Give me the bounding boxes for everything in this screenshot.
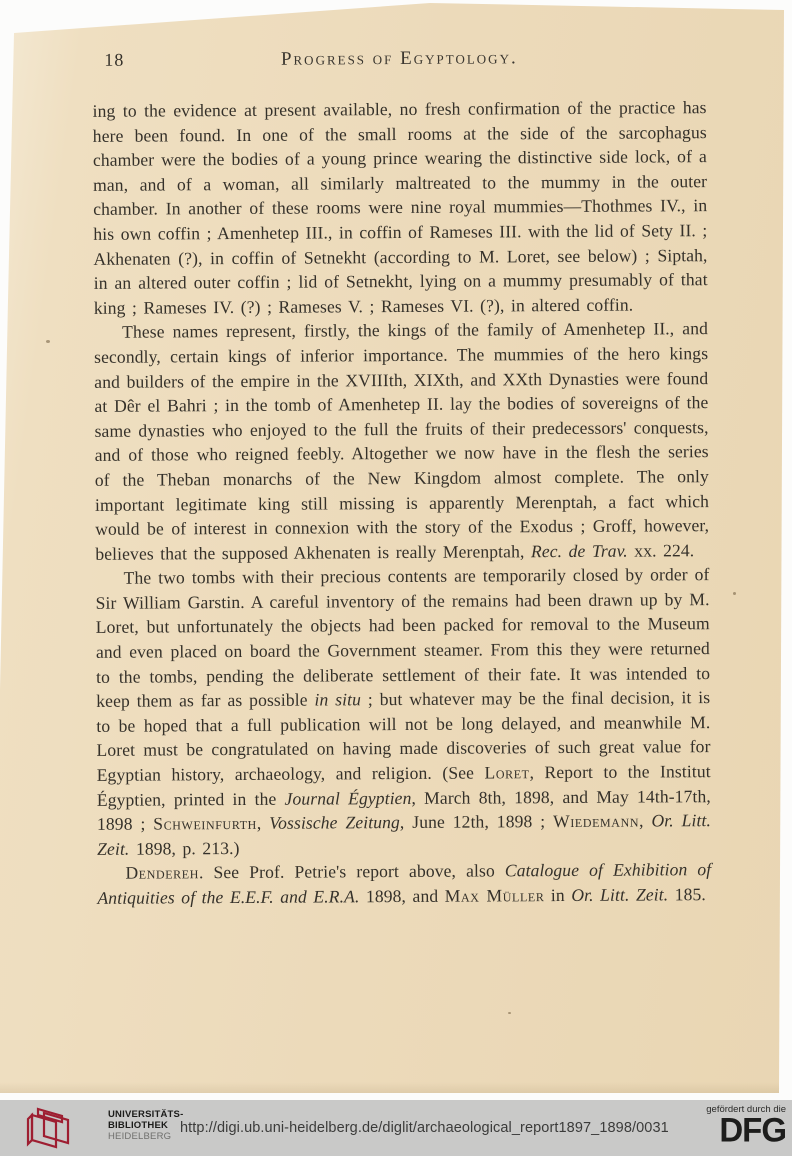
ub-heidelberg-logo-icon bbox=[18, 1105, 96, 1151]
paper-speck bbox=[46, 340, 50, 343]
paper-speck bbox=[733, 592, 736, 595]
paragraph: ing to the evidence at present available… bbox=[93, 95, 708, 320]
paper-speck bbox=[508, 1012, 511, 1014]
paragraph: These names represent, firstly, the king… bbox=[94, 316, 709, 566]
ub-line-2: BIBLIOTHEK bbox=[108, 1120, 183, 1131]
running-title: Progress of Egyptology. bbox=[92, 46, 706, 72]
ub-heidelberg-wordmark: UNIVERSITÄTS- BIBLIOTHEK HEIDELBERG bbox=[108, 1109, 183, 1142]
dfg-logo: DFG bbox=[706, 1114, 786, 1146]
dfg-funding-block: gefördert durch die DFG bbox=[706, 1104, 786, 1145]
ub-line-3: HEIDELBERG bbox=[108, 1131, 183, 1142]
page-text-block: 18 Progress of Egyptology. ing to the ev… bbox=[0, 0, 789, 2]
body-paragraphs: ing to the evidence at present available… bbox=[93, 95, 712, 910]
paragraph: Dendereh. See Prof. Petrie's report abov… bbox=[97, 858, 711, 911]
digitization-url: http://digi.ub.uni-heidelberg.de/diglit/… bbox=[180, 1120, 669, 1136]
scanned-page: 18 Progress of Egyptology. ing to the ev… bbox=[0, 0, 792, 1156]
page-header: 18 Progress of Egyptology. bbox=[92, 46, 706, 76]
paragraph: The two tombs with their precious conten… bbox=[95, 562, 711, 861]
ub-line-1: UNIVERSITÄTS- bbox=[108, 1109, 183, 1120]
library-footer-bar: UNIVERSITÄTS- BIBLIOTHEK HEIDELBERG http… bbox=[0, 1100, 792, 1156]
